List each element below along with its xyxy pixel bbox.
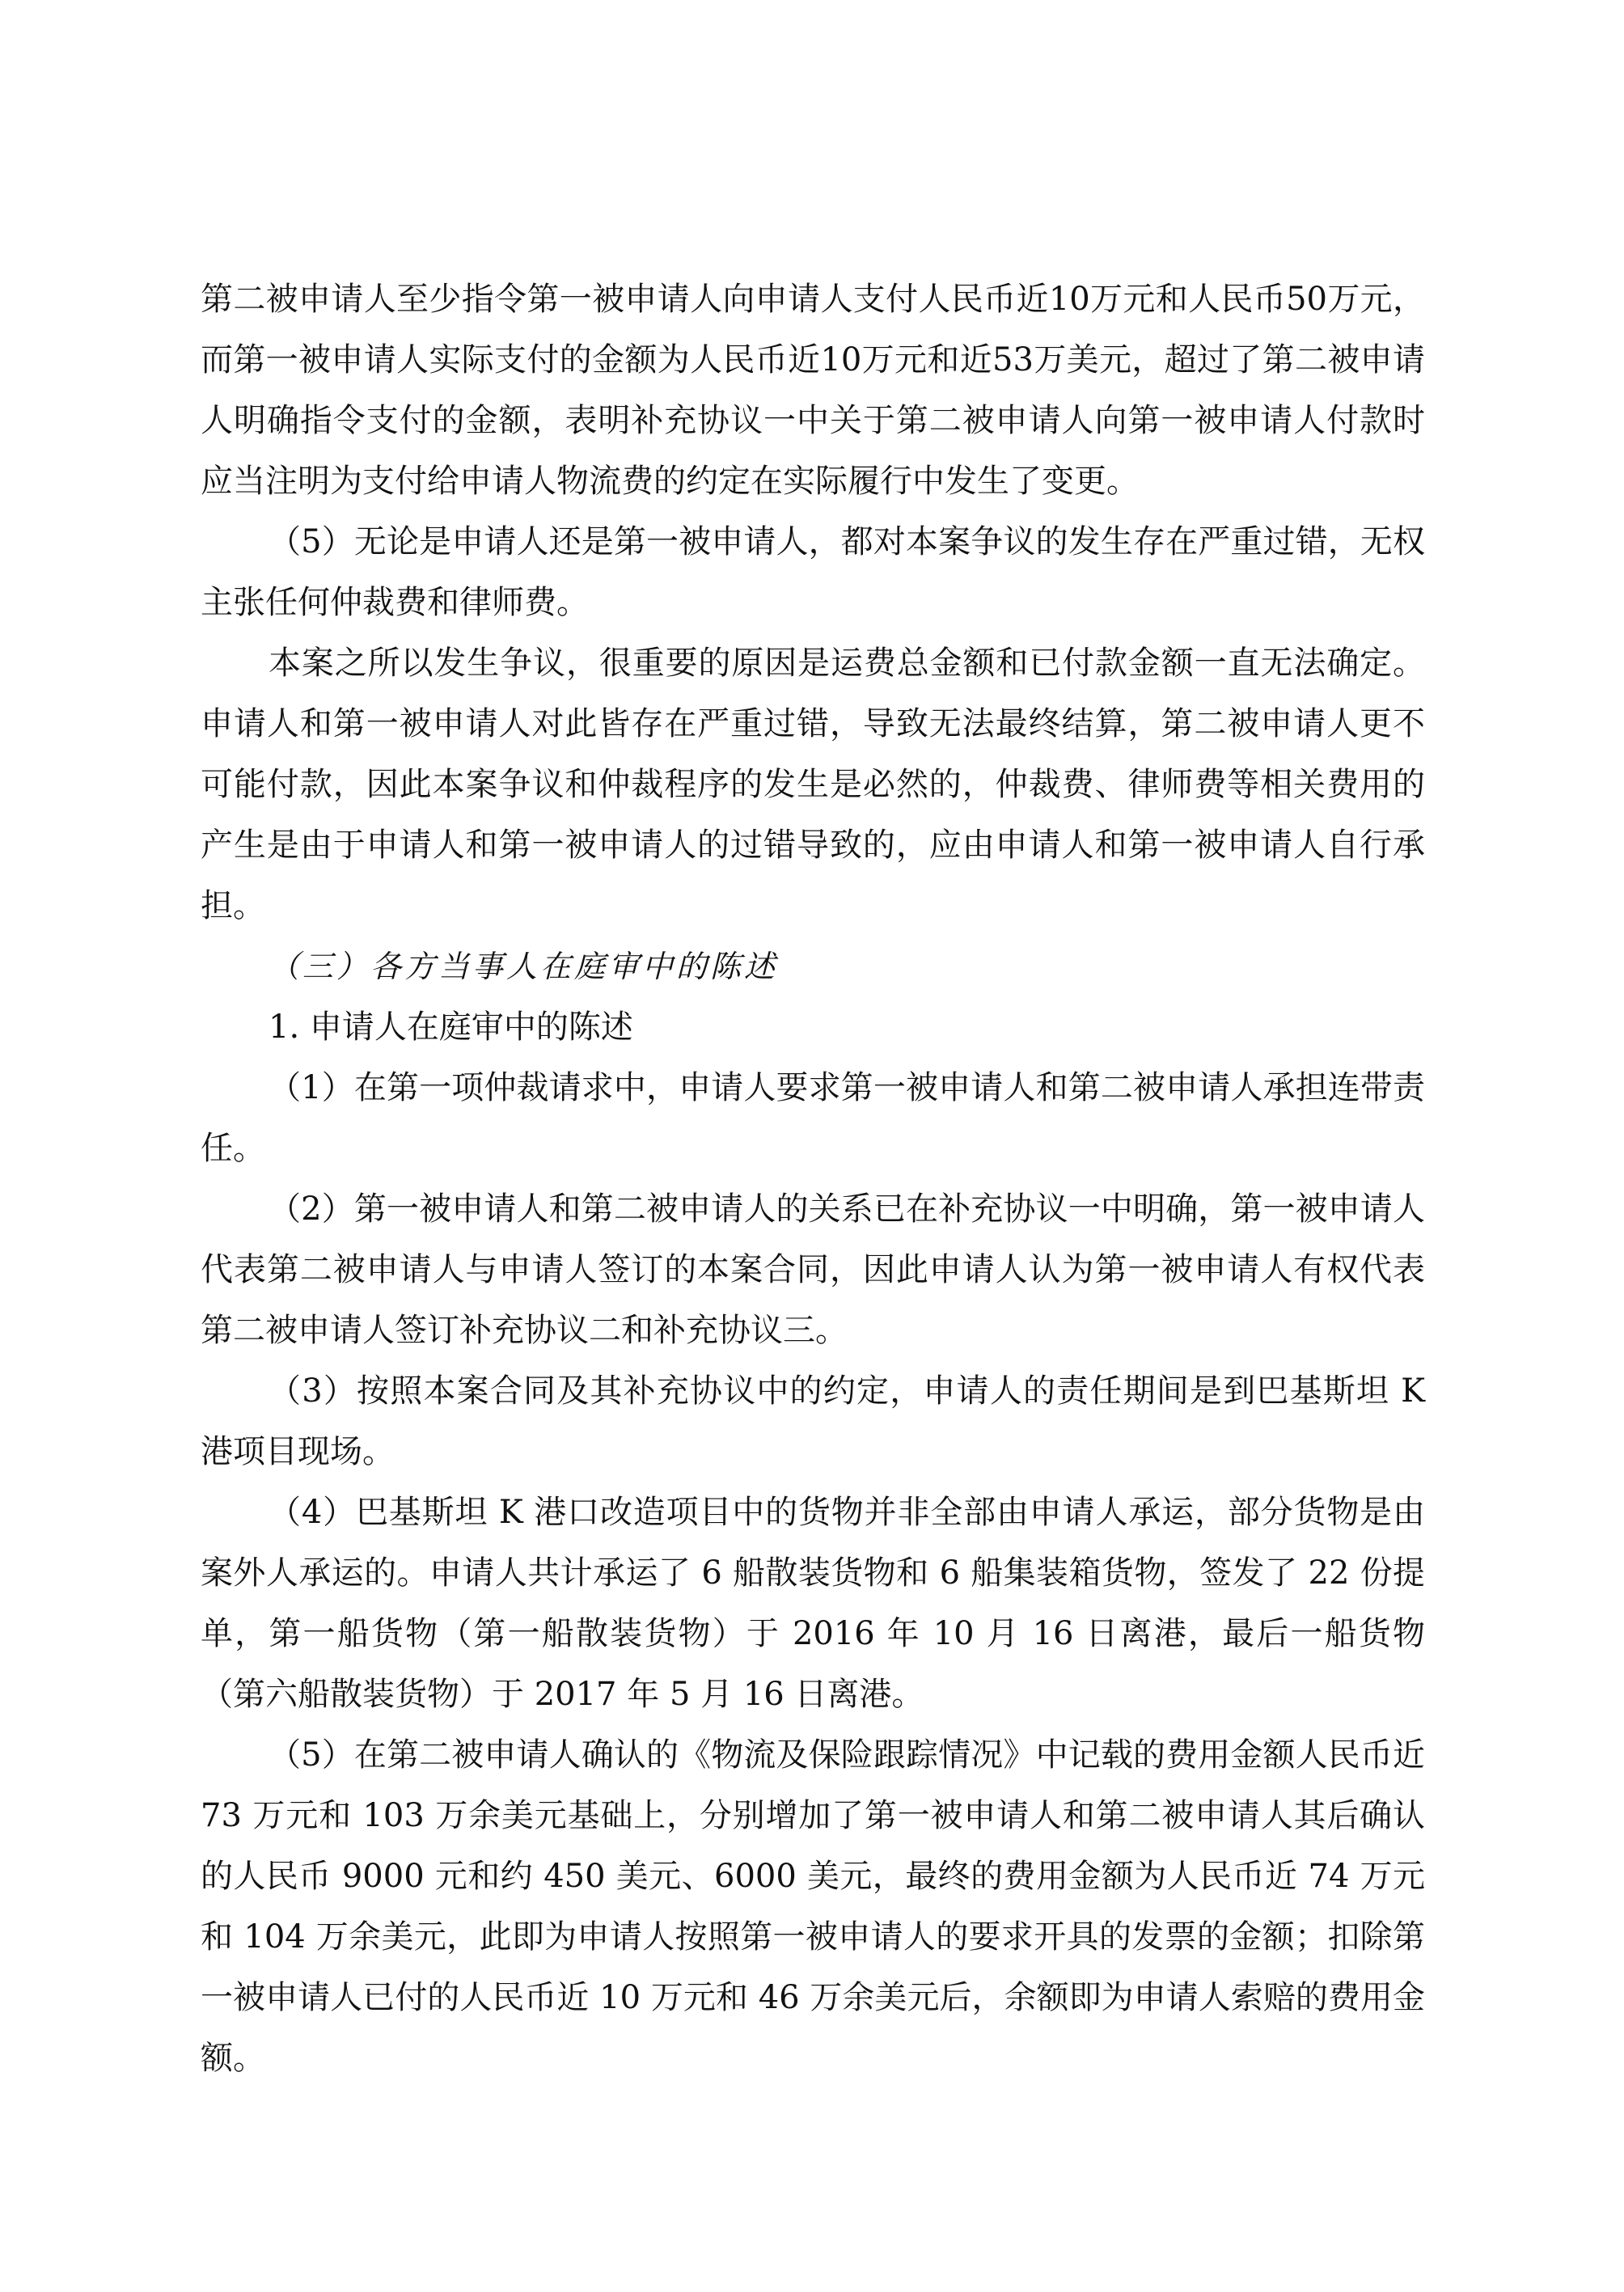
document-page: 第二被申请人至少指令第一被申请人向申请人支付人民币近10万元和人民币50万元，而… (201, 269, 1425, 2089)
body-paragraph-item-5: （5）无论是申请人还是第一被申请人，都对本案争议的发生存在严重过错，无权主张任何… (201, 512, 1425, 633)
subsection-heading: 1. 申请人在庭审中的陈述 (201, 997, 1425, 1058)
statement-item-1: （1）在第一项仲裁请求中，申请人要求第一被申请人和第二被申请人承担连带责任。 (201, 1058, 1425, 1179)
body-paragraph-cause: 本案之所以发生争议，很重要的原因是运费总金额和已付款金额一直无法确定。申请人和第… (201, 633, 1425, 937)
statement-item-5: （5）在第二被申请人确认的《物流及保险跟踪情况》中记载的费用金额人民币近 73 … (201, 1725, 1425, 2089)
statement-item-3: （3）按照本案合同及其补充协议中的约定，申请人的责任期间是到巴基斯坦 K 港项目… (201, 1361, 1425, 1482)
section-heading: （三）各方当事人在庭审中的陈述 (201, 937, 1425, 997)
statement-item-2: （2）第一被申请人和第二被申请人的关系已在补充协议一中明确，第一被申请人代表第二… (201, 1179, 1425, 1361)
body-paragraph-continued: 第二被申请人至少指令第一被申请人向申请人支付人民币近10万元和人民币50万元，而… (201, 269, 1425, 512)
statement-item-4: （4）巴基斯坦 K 港口改造项目中的货物并非全部由申请人承运，部分货物是由案外人… (201, 1482, 1425, 1725)
